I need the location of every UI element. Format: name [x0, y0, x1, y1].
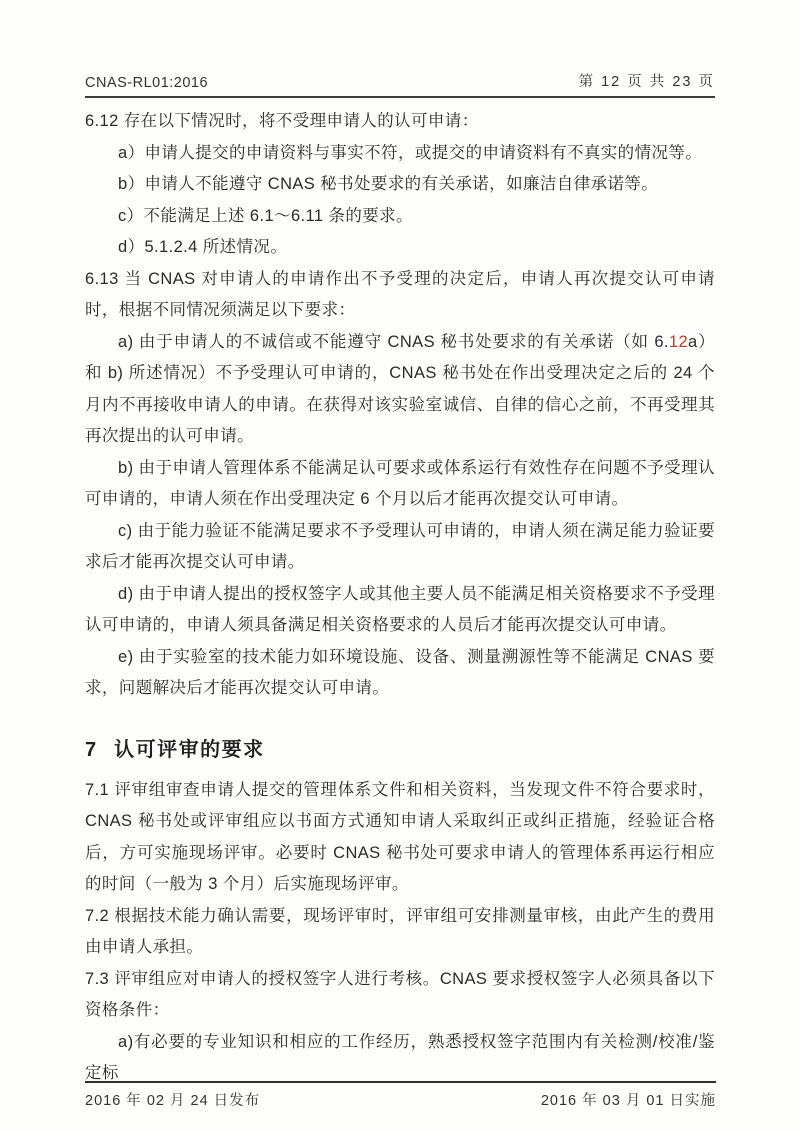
- clause-6-13-item-a-red-reference: 12: [669, 333, 688, 351]
- section-7-number: 7: [85, 739, 96, 761]
- clause-6-13: 6.13 当 CNAS 对申请人的申请作出不予受理的决定后，申请人再次提交认可申…: [85, 264, 715, 327]
- implementation-date: 2016 年 03 月 01 日实施: [541, 1089, 716, 1110]
- clause-6-12-item-b: b）申请人不能遵守 CNAS 秘书处要求的有关承诺，如廉洁自律承诺等。: [85, 169, 715, 201]
- issue-date: 2016 年 02 月 24 日发布: [85, 1089, 260, 1110]
- clause-6-13-item-c: c) 由于能力验证不能满足要求不予受理认可申请的，申请人须在满足能力验证要求后才…: [85, 516, 715, 579]
- document-body: 6.12 存在以下情况时，将不受理申请人的认可申请： a）申请人提交的申请资料与…: [85, 106, 715, 1090]
- clause-7-3: 7.3 评审组应对申请人的授权签字人进行考核。CNAS 要求授权签字人必须具备以…: [85, 964, 715, 1027]
- page-footer: 2016 年 02 月 24 日发布 2016 年 03 月 01 日实施: [85, 1081, 716, 1110]
- clause-6-12-item-c: c）不能满足上述 6.1～6.11 条的要求。: [85, 201, 715, 233]
- clause-6-13-item-e: e) 由于实验室的技术能力如环境设施、设备、测量溯源性等不能满足 CNAS 要求…: [85, 642, 715, 705]
- page-number-indicator: 第 12 页 共 23 页: [579, 70, 715, 91]
- clause-6-13-item-a: a) 由于申请人的不诚信或不能遵守 CNAS 秘书处要求的有关承诺（如 6.12…: [85, 327, 715, 453]
- clause-6-12-item-a: a）申请人提交的申请资料与事实不符，或提交的申请资料有不真实的情况等。: [85, 138, 715, 170]
- page-header: CNAS-RL01:2016 第 12 页 共 23 页: [85, 70, 715, 98]
- clause-7-1: 7.1 评审组审查申请人提交的管理体系文件和相关资料，当发现文件不符合要求时，C…: [85, 775, 715, 901]
- clause-7-2: 7.2 根据技术能力确认需要，现场评审时，评审组可安排测量审核，由此产生的费用由…: [85, 901, 715, 964]
- document-code: CNAS-RL01:2016: [85, 75, 208, 91]
- clause-6-13-item-a-prefix: a) 由于申请人的不诚信或不能遵守 CNAS 秘书处要求的有关承诺（如 6.: [118, 333, 669, 351]
- clause-6-12-item-d: d）5.1.2.4 所述情况。: [85, 232, 715, 264]
- clause-6-13-item-d: d) 由于申请人提出的授权签字人或其他主要人员不能满足相关资格要求不予受理认可申…: [85, 579, 715, 642]
- section-7-heading: 7认可评审的要求: [85, 735, 715, 765]
- clause-6-12: 6.12 存在以下情况时，将不受理申请人的认可申请：: [85, 106, 715, 138]
- document-page: CNAS-RL01:2016 第 12 页 共 23 页 6.12 存在以下情况…: [0, 0, 800, 1132]
- clause-6-13-item-b: b) 由于申请人管理体系不能满足认可要求或体系运行有效性存在问题不予受理认可申请…: [85, 453, 715, 516]
- section-7-title: 认可评审的要求: [114, 739, 265, 761]
